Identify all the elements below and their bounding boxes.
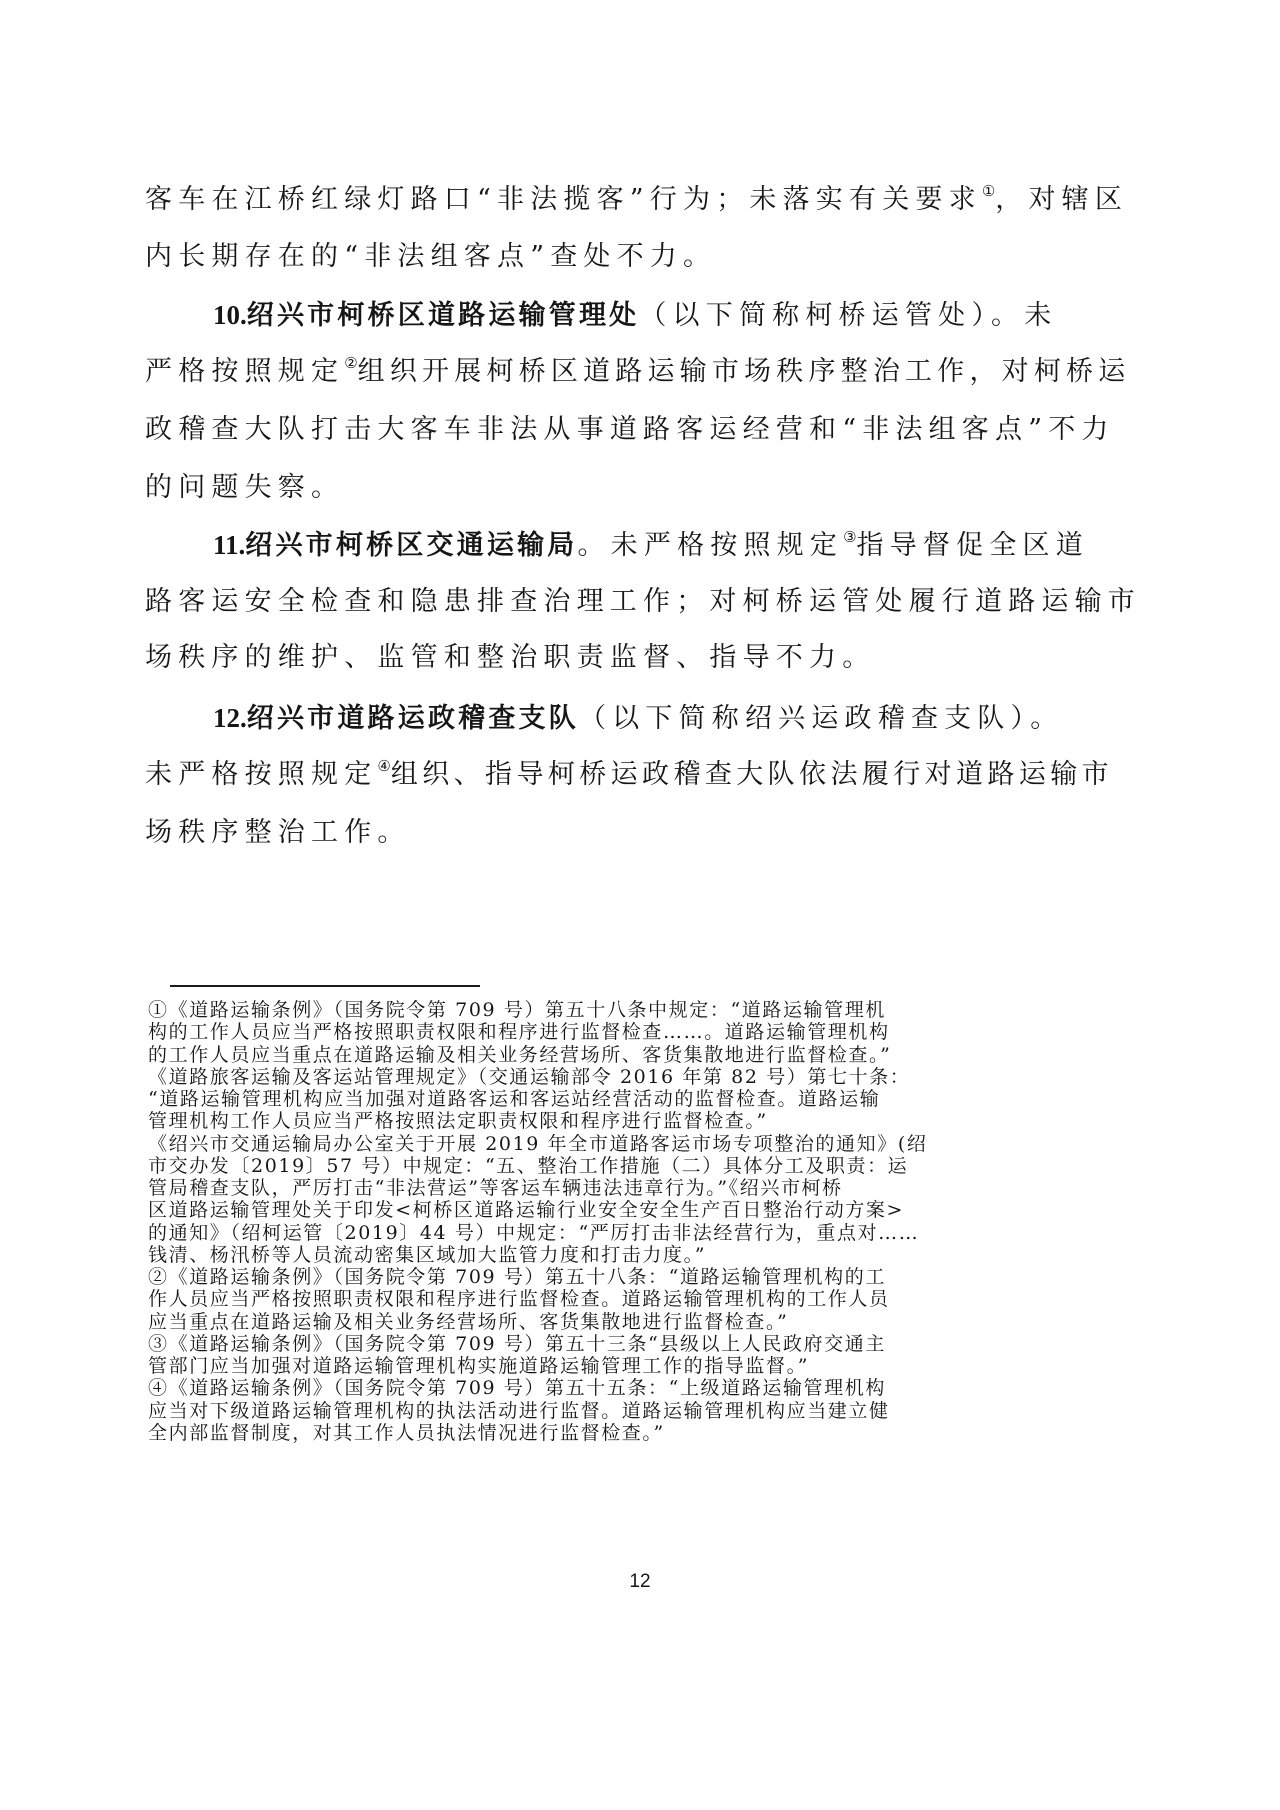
- body-line: 政稽查大队打击大客车非法从事道路客运经营和“非法组客点”不力: [145, 410, 965, 450]
- item-heading: 绍兴市柯桥区道路运输管理处: [247, 300, 640, 331]
- footnote-line: ②《道路运输条例》（国务院令第 709 号）第五十八条：“道路运输管理机构的工: [148, 1266, 968, 1288]
- item-number: 10.: [213, 300, 247, 330]
- footnote-line: 应当重点在道路运输及相关业务经营场所、客货集散地进行监督检查。”: [148, 1311, 968, 1333]
- footnote-line: 构的工作人员应当严格按照职责权限和程序进行监督检查……。道路运输管理机构: [148, 1021, 968, 1043]
- footnote-line: 《绍兴市交通运输局办公室关于开展 2019 年全市道路客运市场专项整治的通知》(…: [148, 1133, 968, 1155]
- footnote-separator: [170, 985, 480, 987]
- body-text: 组织开展柯桥区道路运输市场秩序整治工作，对柯桥运: [358, 356, 1131, 387]
- footnote-line: 的通知》（绍柯运管〔2019〕44 号）中规定：“严厉打击非法经营行为，重点对……: [148, 1222, 968, 1244]
- body-line: 客车在江桥红绿灯路口“非法揽客”行为；未落实有关要求①，对辖区: [145, 180, 965, 220]
- footnote-ref-3[interactable]: ③: [843, 528, 856, 546]
- page-number: 12: [620, 1570, 660, 1594]
- footnote-ref-1[interactable]: ①: [982, 182, 995, 200]
- body-line: 场秩序的维护、监管和整治职责监督、指导不力。: [145, 638, 965, 678]
- footnote-line: ③《道路运输条例》（国务院令第 709 号）第五十三条“县级以上人民政府交通主: [148, 1333, 968, 1355]
- footnote-line: “道路运输管理机构应当加强对道路客运和客运站经营活动的监督检查。道路运输: [148, 1088, 968, 1110]
- body-text: 客车在江桥红绿灯路口“非法揽客”行为；未落实有关要求: [145, 184, 982, 215]
- body-text: 组织、指导柯桥运政稽查大队依法履行对道路运输市: [391, 759, 1113, 790]
- body-line: 场秩序整治工作。: [145, 813, 965, 853]
- footnote-line: 管局稽查支队，严厉打击“非法营运”等客运车辆违法违章行为。”《绍兴市柯桥: [148, 1177, 968, 1199]
- document-page: 客车在江桥红绿灯路口“非法揽客”行为；未落实有关要求①，对辖区 内长期存在的“非…: [0, 0, 1280, 1810]
- body-text: 严格按照规定: [145, 356, 344, 387]
- body-text: （以下简称柯桥运管处）。未: [639, 300, 1057, 331]
- footnote-line: ①《道路运输条例》（国务院令第 709 号）第五十八条中规定：“道路运输管理机: [148, 999, 968, 1021]
- body-text: （以下简称绍兴运政稽查支队）。: [579, 703, 1064, 734]
- footnote-line: 全内部监督制度，对其工作人员执法情况进行监督检查。”: [148, 1422, 968, 1444]
- body-text: 。未严格按照规定: [577, 530, 843, 561]
- footnote-line: 作人员应当严格按照职责权限和程序进行监督检查。道路运输管理机构的工作人员: [148, 1288, 968, 1310]
- paragraph-10-first-line: 10.绍兴市柯桥区道路运输管理处（以下简称柯桥运管处）。未: [213, 295, 965, 336]
- item-heading: 绍兴市道路运政稽查支队: [247, 703, 579, 734]
- body-text: ，对辖区: [995, 184, 1128, 215]
- footnote-line: 的工作人员应当重点在道路运输及相关业务经营场所、客货集散地进行监督检查。”: [148, 1044, 968, 1066]
- body-line: 路客运安全检查和隐患排查治理工作；对柯桥运管处履行道路运输市: [145, 582, 965, 622]
- item-heading: 绍兴市柯桥区交通运输局: [245, 530, 577, 561]
- body-text: 指导督促全区道: [857, 530, 1089, 561]
- footnote-line: 钱清、杨汛桥等人员流动密集区域加大监管力度和打击力度。”: [148, 1244, 968, 1266]
- footnote-line: 管部门应当加强对道路运输管理机构实施道路运输管理工作的指导监督。”: [148, 1355, 968, 1377]
- footnote-line: 《道路旅客运输及客运站管理规定》（交通运输部令 2016 年第 82 号）第七十…: [148, 1066, 968, 1088]
- footnote-line: ④《道路运输条例》（国务院令第 709 号）第五十五条：“上级道路运输管理机构: [148, 1377, 968, 1399]
- footnote-ref-4[interactable]: ④: [377, 757, 390, 775]
- footnote-ref-2[interactable]: ②: [344, 354, 357, 372]
- body-line: 的问题失察。: [145, 468, 965, 508]
- footnote-line: 市交办发〔2019〕57 号）中规定：“五、整治工作措施（二）具体分工及职责：运: [148, 1155, 968, 1177]
- item-number: 12.: [213, 703, 247, 733]
- footnote-line: 管理机构工作人员应当严格按照法定职责权限和程序进行监督检查。”: [148, 1110, 968, 1132]
- footnote-line: 应当对下级道路运输管理机构的执法活动进行监督。道路运输管理机构应当建立健: [148, 1400, 968, 1422]
- paragraph-12-first-line: 12.绍兴市道路运政稽查支队（以下简称绍兴运政稽查支队）。: [213, 698, 965, 739]
- item-number: 11.: [213, 530, 245, 560]
- footnote-line: 区道路运输管理处关于印发<柯桥区道路运输行业安全安全生产百日整治行动方案>: [148, 1199, 968, 1221]
- body-line: 严格按照规定②组织开展柯桥区道路运输市场秩序整治工作，对柯桥运: [145, 352, 965, 392]
- body-text: 未严格按照规定: [145, 759, 377, 790]
- paragraph-11-first-line: 11.绍兴市柯桥区交通运输局。未严格按照规定③指导督促全区道: [213, 525, 965, 566]
- body-line: 未严格按照规定④组织、指导柯桥运政稽查大队依法履行对道路运输市: [145, 755, 965, 795]
- body-line: 内长期存在的“非法组客点”查处不力。: [145, 237, 965, 277]
